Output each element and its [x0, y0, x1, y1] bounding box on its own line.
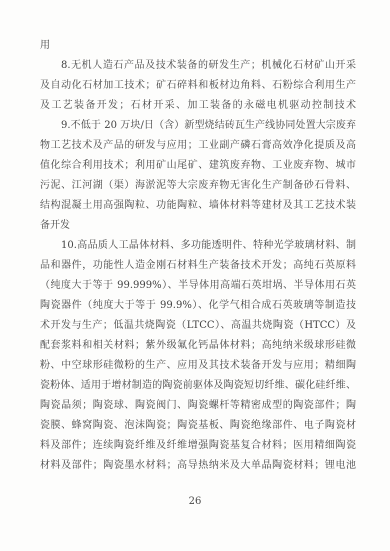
document-text-block: 用 8.无机人造石产品及技术装备的研发生产；机械化石材矿山开采 及自动化石材加工… — [40, 36, 356, 476]
paragraph-9-line: 值化综合利用技术；利用矿山尾矿、建筑废弃物、工业废弃物、城市 — [40, 156, 356, 176]
page-number: 26 — [0, 496, 390, 507]
paragraph-10-line: 料及部件；连续陶瓷纤维及纤维增强陶瓷基复合材料；医用精细陶瓷 — [40, 436, 356, 456]
continuation-line: 用 — [40, 36, 356, 56]
paragraph-10-line: 材料及部件；陶瓷墨水材料；高导热纳米及大单晶陶瓷材料；锂电池 — [40, 456, 356, 476]
paragraph-10-line: 陶瓷晶须；陶瓷球、陶瓷阀门、陶瓷螺杆等精密成型的陶瓷部件；陶 — [40, 396, 356, 416]
paragraph-8-line: 及工艺装备开发；石材开采、加工装备的永磁电机驱动控制技术 — [40, 96, 356, 116]
paragraph-10-line: 品和器件，功能性人造金刚石材料生产装备技术开发；高纯石英原料 — [40, 256, 356, 276]
paragraph-10-line: 瓷粉体、适用于增材制造的陶瓷前驱体及陶瓷短切纤维、碳化硅纤维、 — [40, 376, 356, 396]
paragraph-10-line: （纯度大于等于 99.999%）、半导体用高端石英坩埚、半导体用石英 — [40, 276, 356, 296]
paragraph-10-line: 瓷膜、蜂窝陶瓷、泡沫陶瓷；陶瓷基板、陶瓷绝缘部件、电子陶瓷材 — [40, 416, 356, 436]
paragraph-9-line: 污泥、江河湖（渠）海淤泥等大宗废弃物无害化生产制备砂石骨料、 — [40, 176, 356, 196]
paragraph-10-line: 术开发与生产；低温共烧陶瓷（LTCC）、高温共烧陶瓷（HTCC）及 — [40, 316, 356, 336]
paragraph-8-line: 及自动化石材加工技术；矿石碎料和板材边角料、石粉综合利用生产 — [40, 76, 356, 96]
paragraph-9-line: 物工艺技术及产品的研发与应用；工业副产磷石膏高效净化提质及高 — [40, 136, 356, 156]
paragraph-10-line: 配套浆料和相关材料；紫外级氟化钙晶体材料；高纯纳米级球形硅微 — [40, 336, 356, 356]
paragraph-9-line: 结构混凝土用高强陶粒、功能陶粒、墙体材料等建材及其工艺技术装 — [40, 196, 356, 216]
paragraph-9-line: 备开发 — [40, 216, 356, 236]
paragraph-10-line: 粉、中空球形硅微粉的生产、应用及其技术装备开发与应用；精细陶 — [40, 356, 356, 376]
paragraph-10-line: 陶瓷器件（纯度大于等于 99.9%）、化学气相合成石英玻璃等制造技 — [40, 296, 356, 316]
document-page: 用 8.无机人造石产品及技术装备的研发生产；机械化石材矿山开采 及自动化石材加工… — [0, 0, 390, 551]
paragraph-8-line: 8.无机人造石产品及技术装备的研发生产；机械化石材矿山开采 — [40, 56, 356, 76]
paragraph-10-line: 10.高品质人工晶体材料、多功能透明件、特种光学玻璃材料、制 — [40, 236, 356, 256]
paragraph-9-line: 9.不低于 20 万块/日（含）新型烧结砖瓦生产线协同处置大宗废弃 — [40, 116, 356, 136]
